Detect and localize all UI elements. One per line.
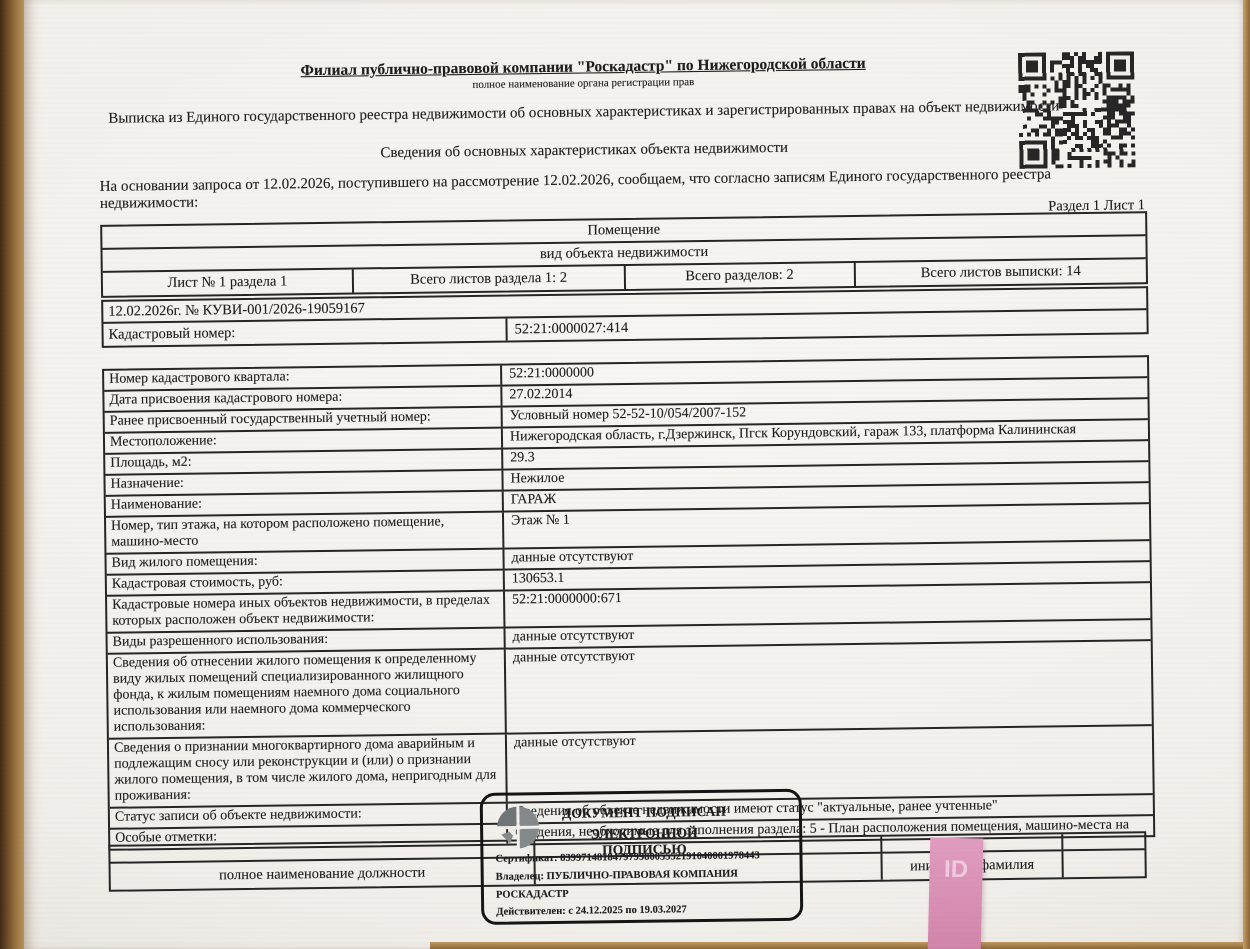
sticker-watermark: ID bbox=[929, 855, 983, 884]
roskadastr-logo-icon bbox=[495, 804, 542, 851]
stamp-owner: Владелец: ПУБЛИЧНО-ПРАВОВАЯ КОМПАНИЯ bbox=[496, 869, 738, 883]
table-row: Сведения об отнесении жилого помещения к… bbox=[108, 639, 1152, 738]
characteristics-table: Номер кадастрового квартала: 52:21:00000… bbox=[102, 355, 1155, 851]
stamp-line1: ДОКУМЕНТ ПОДПИСАН bbox=[549, 804, 739, 822]
object-kind-table: Помещение вид объекта недвижимости Лист … bbox=[100, 211, 1148, 298]
qr-code bbox=[1018, 51, 1136, 169]
sheet-cell: Всего листов раздела 1: 2 bbox=[352, 266, 624, 293]
photographed-document: { "document": { "org_title": "Филиал пуб… bbox=[0, 0, 1250, 949]
row-value: данные отсутствуют bbox=[507, 726, 1153, 801]
wood-table-right-edge bbox=[1243, 0, 1250, 949]
pink-sticky-tab: ID bbox=[928, 837, 984, 949]
document-header: Филиал публично-правовой компании "Роска… bbox=[98, 52, 1069, 166]
row-label: Сведения об отнесении жилого помещения к… bbox=[108, 650, 507, 738]
row-label: Сведения о признании многоквартирного до… bbox=[109, 735, 508, 807]
row-label: Номер, тип этажа, на котором расположено… bbox=[106, 513, 504, 553]
row-value: данные отсутствуют bbox=[506, 641, 1152, 732]
signature-position-column: полное наименование должности bbox=[110, 841, 534, 890]
stamp-certificate: Сертификат: 8399714818479799800555219104… bbox=[495, 850, 759, 864]
stamp-validity: Действителен: с 24.12.2025 по 19.03.2027 bbox=[496, 904, 687, 917]
document-tables: Помещение вид объекта недвижимости Лист … bbox=[100, 211, 1155, 851]
egrn-extract-document: Филиал публично-правовой компании "Роска… bbox=[97, 1, 1156, 949]
position-label: полное наименование должности bbox=[111, 858, 534, 890]
doc-type-line: Выписка из Единого государственного реес… bbox=[99, 98, 1069, 128]
section-title: Сведения об основных характеристиках объ… bbox=[99, 136, 1069, 166]
request-line: На основании запроса от 12.02.2026, пост… bbox=[100, 165, 1147, 213]
digital-signature-stamp: ДОКУМЕНТ ПОДПИСАН ЭЛЕКТРОННОЙ ПОДПИСЬЮ С… bbox=[480, 789, 804, 925]
wood-table-left-edge bbox=[0, 0, 24, 949]
cadastral-number-label: Кадастровый номер: bbox=[103, 319, 507, 346]
sheet-cell: Всего листов выписки: 14 bbox=[853, 259, 1146, 286]
sheet-cell: Всего разделов: 2 bbox=[623, 263, 853, 289]
sheet-cell: Лист № 1 раздела 1 bbox=[103, 270, 352, 296]
signature-end-column bbox=[1061, 833, 1145, 877]
cadastral-number-value: 52:21:0000027:414 bbox=[507, 310, 1146, 340]
row-label: Кадастровые номера иных объектов недвижи… bbox=[107, 592, 505, 632]
stamp-owner-line2: РОСКАДАСТР bbox=[496, 889, 569, 901]
